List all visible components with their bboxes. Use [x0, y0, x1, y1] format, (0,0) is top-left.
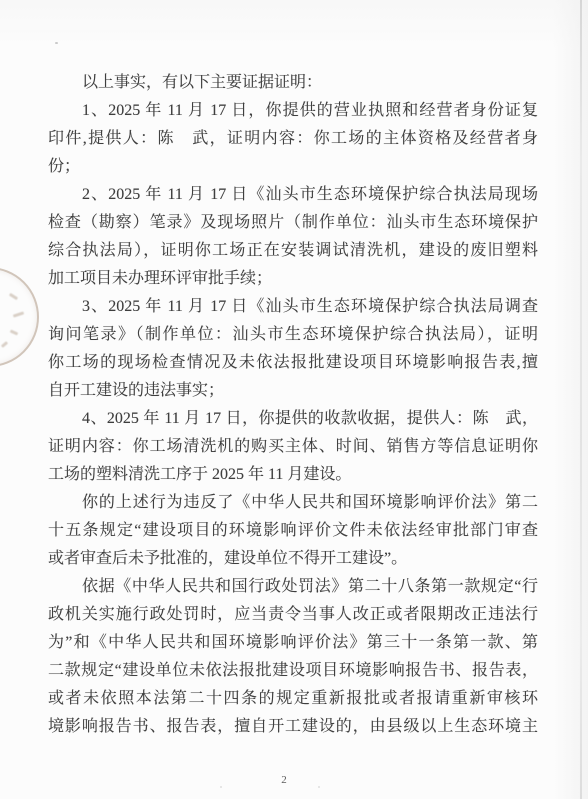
paragraph-legal-basis: 依据《中华人民共和国行政处罚法》第二十八条第一款规定“行 政机关实施行政处罚时，… — [48, 573, 538, 741]
text-line: 综合执法局），证明你工场正在安装调试清洗机，建设的废旧塑料 — [48, 237, 538, 265]
document-page: 以上事实，有以下主要证据证明： 1、2025 年 11 月 17 日，你提供的营… — [0, 0, 588, 799]
text-line: 印件,提供人：陈 武，证明内容：你工场的主体资格及经营者身 — [48, 125, 538, 153]
scan-edge-artifact — [580, 0, 582, 799]
paragraph-evidence-4: 4、2025 年 11 月 17 日，你提供的收款收据，提供人：陈 武， 证明内… — [48, 405, 538, 489]
text-line: 以上事实，有以下主要证据证明： — [48, 69, 538, 97]
paragraph-violation: 你的上述行为违反了《中华人民共和国环境影响评价法》第二 十五条规定“建设项目的环… — [48, 489, 538, 573]
seal-glyph-fragment — [9, 293, 18, 300]
text-line: 3、2025 年 11 月 17 日《汕头市生态环境保护综合执法局调查 — [48, 293, 538, 321]
text-line: 境影响报告书、报告表，擅自开工建设的，由县级以上生态环境主 — [48, 713, 538, 741]
scan-speck — [318, 786, 320, 788]
text-line: 或者未依照本法第二十四条的规定重新报批或者报请重新审核环 — [48, 685, 538, 713]
text-line: 加工项目未办理环评审批手续； — [48, 265, 538, 293]
text-line: 二款规定“建设单位未依法报批建设项目环境影响报告书、报告表， — [48, 657, 538, 685]
text-line: 1、2025 年 11 月 17 日，你提供的营业执照和经营者身份证复 — [48, 97, 538, 125]
text-line: 或者审查后未予批准的，建设单位不得开工建设”。 — [48, 545, 538, 573]
page-number: 2 — [0, 774, 568, 786]
paragraph-evidence-2: 2、2025 年 11 月 17 日《汕头市生态环境保护综合执法局现场 检查（勘… — [48, 181, 538, 293]
paragraph-intro: 以上事实，有以下主要证据证明： — [48, 69, 538, 97]
text-line: 检查（勘察）笔录》及现场照片（制作单位：汕头市生态环境保护 — [48, 209, 538, 237]
seal-glyph-fragment — [10, 330, 19, 336]
text-line: 自开工建设的违法事实； — [48, 377, 538, 405]
scan-speck — [220, 786, 222, 788]
text-line: 你的上述行为违反了《中华人民共和国环境影响评价法》第二 — [48, 489, 538, 517]
scan-speck — [55, 42, 58, 44]
seal-glyph-fragment — [13, 311, 24, 317]
text-line: 政机关实施行政处罚时，应当责令当事人改正或者限期改正违法行 — [48, 601, 538, 629]
text-line: 4、2025 年 11 月 17 日，你提供的收款收据，提供人：陈 武， — [48, 405, 538, 433]
paragraph-evidence-3: 3、2025 年 11 月 17 日《汕头市生态环境保护综合执法局调查 询问笔录… — [48, 293, 538, 405]
text-line: 十五条规定“建设项目的环境影响评价文件未依法经审批部门审查 — [48, 517, 538, 545]
official-seal-icon — [0, 267, 39, 367]
text-line: 依据《中华人民共和国行政处罚法》第二十八条第一款规定“行 — [48, 573, 538, 601]
text-line: 工场的塑料清洗工序于 2025 年 11 月建设。 — [48, 461, 538, 489]
text-line: 证明内容：你工场清洗机的购买主体、时间、销售方等信息证明你 — [48, 433, 538, 461]
text-line: 你工场的现场检查情况及未依法报批建设项目环境影响报告表,擅 — [48, 349, 538, 377]
text-line: 份； — [48, 153, 538, 181]
seal-glyph-fragment — [1, 341, 8, 348]
paragraph-evidence-1: 1、2025 年 11 月 17 日，你提供的营业执照和经营者身份证复 印件,提… — [48, 97, 538, 181]
document-body: 以上事实，有以下主要证据证明： 1、2025 年 11 月 17 日，你提供的营… — [48, 69, 538, 741]
text-line: 2、2025 年 11 月 17 日《汕头市生态环境保护综合执法局现场 — [48, 181, 538, 209]
text-line: 为”和《中华人民共和国环境影响评价法》第三十一条第一款、第 — [48, 629, 538, 657]
text-line: 询问笔录》（制作单位：汕头市生态环境保护综合执法局），证明 — [48, 321, 538, 349]
